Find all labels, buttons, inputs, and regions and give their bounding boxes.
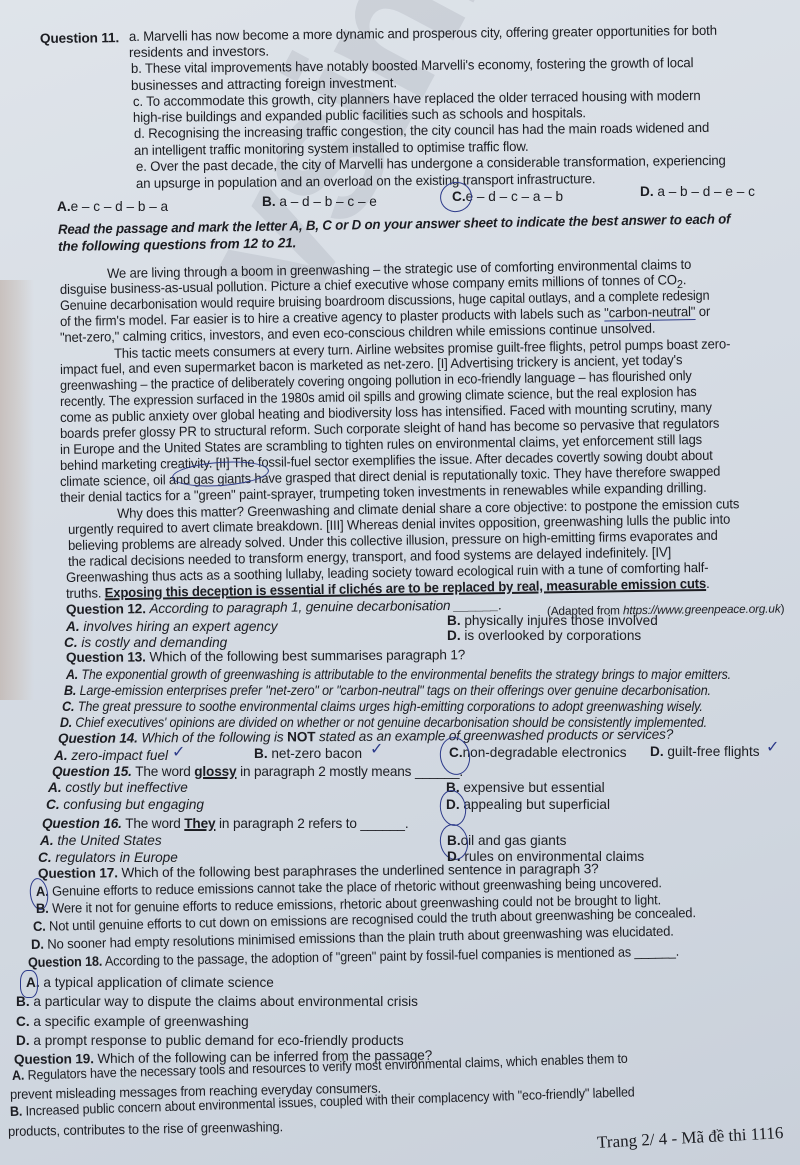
q13-stem: Question 13. Which of the following best… (66, 647, 465, 666)
instructions-line-1: Read the passage and mark the letter A, … (58, 211, 731, 238)
q11-option-c[interactable]: C.e – d – c – a – b (452, 189, 563, 205)
pen-tick-icon: ✓ (172, 745, 185, 761)
q15-option-a[interactable]: A. costly but ineffective (48, 780, 188, 796)
q14-option-b[interactable]: B. net-zero bacon (254, 746, 362, 762)
q18-option-d[interactable]: D. a prompt response to public demand fo… (16, 1033, 404, 1049)
q16-option-a[interactable]: A. the United States (40, 833, 162, 849)
q14-option-c[interactable]: C.non-degradable electronics (449, 745, 627, 761)
q11-label: Question 11. (40, 30, 119, 47)
pen-underline-carbon-neutral: "carbon-neutral" (604, 304, 695, 321)
q12-stem: Question 12. According to paragraph 1, g… (66, 597, 502, 618)
q12-option-d[interactable]: D. is overlooked by corporations (447, 628, 641, 644)
q11-sentence-a: a. Marvelli has now become a more dynami… (129, 23, 717, 45)
q13-option-a[interactable]: A. The exponential growth of greenwashin… (66, 667, 731, 683)
q12-option-b[interactable]: B. physically injures those involved (447, 613, 658, 629)
q16-option-c[interactable]: C. regulators in Europe (38, 850, 178, 866)
instructions-line-2: the following questions from 12 to 21. (58, 235, 296, 255)
q14-stem: Question 14. Which of the following is N… (58, 727, 673, 747)
page-footer: Trang 2/ 4 - Mã đề thi 1116 (597, 1123, 784, 1153)
q19-option-b-cont: products, contributes to the rise of gre… (8, 1119, 283, 1140)
q18-option-c[interactable]: C. a specific example of greenwashing (16, 1014, 249, 1030)
q16-stem: Question 16. The word They in paragraph … (42, 816, 408, 832)
q11-option-b[interactable]: B. a – d – b – c – e (262, 194, 377, 210)
q14-option-d[interactable]: D. guilt-free flights (650, 744, 760, 760)
q13-option-b[interactable]: B. Large-emission enterprises prefer "ne… (64, 683, 711, 699)
pen-tick-icon: ✓ (370, 742, 383, 758)
q15-option-d[interactable]: D. appealing but superficial (446, 797, 610, 813)
q16-option-b[interactable]: B.oil and gas giants (447, 833, 566, 849)
q18-option-a[interactable]: A. a typical application of climate scie… (26, 975, 274, 991)
q15-stem: Question 15. The word glossy in paragrap… (52, 764, 463, 780)
q12-option-a[interactable]: A. involves hiring an expert agency (66, 619, 278, 635)
q15-option-b[interactable]: B. expensive but essential (446, 780, 605, 796)
pen-tick-icon: ✓ (766, 740, 779, 756)
exam-page: Question 11. a. Marvelli has now become … (0, 0, 800, 1165)
q13-option-c[interactable]: C. The great pressure to soothe environm… (62, 699, 703, 715)
q18-option-b[interactable]: B. a particular way to dispute the claim… (16, 994, 418, 1010)
q11-option-a[interactable]: A.e – c – d – b – a (57, 199, 168, 215)
q15-option-c[interactable]: C. confusing but engaging (46, 797, 204, 813)
q11-option-d[interactable]: D. a – b – d – e – c (640, 184, 755, 200)
q14-option-a[interactable]: A. zero-impact fuel (54, 748, 168, 764)
q11-sentence-a2: residents and investors. (129, 44, 269, 61)
